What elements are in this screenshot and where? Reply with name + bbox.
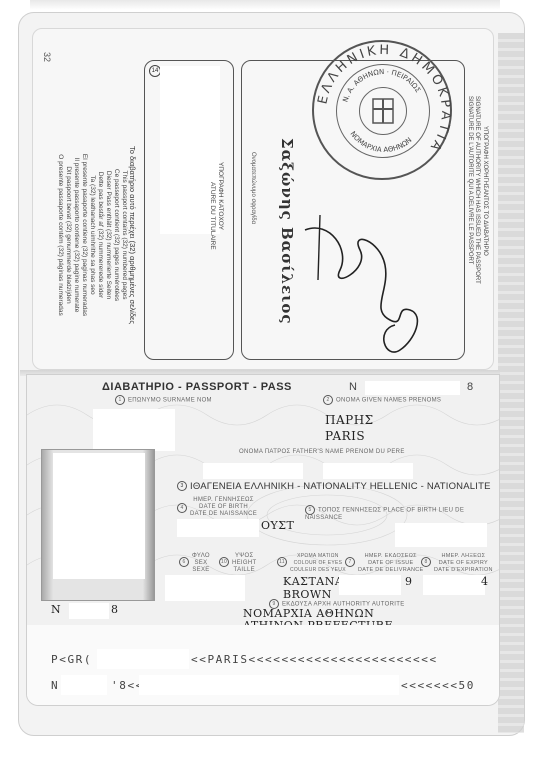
dob-label: 4 ΗΜΕΡ. ΓΕΝΝΗΣΕΩΣ DATE OF BIRTH DATE DE … (177, 497, 257, 518)
label-english: SIGNATURE OF AUTHORITY WHICH HAS ISSUED … (473, 96, 481, 284)
given-names-label: 2ΟΝΟΜΑ GIVEN NAMES PRENOMS (323, 395, 441, 405)
label-greek: ΦΥΛΟ (192, 553, 210, 560)
fathers-name-label: ΟΝΟΜΑ ΠΑΤΡΟΣ FATHER'S NAME PRENOM DU PER… (239, 449, 405, 455)
photo-number-suffix: 8 (111, 603, 119, 616)
dob-month: ΟΥΣΤ (261, 519, 294, 532)
authority-signature-label: ΥΠΟΓΡΑΦΗ ΧΟΡΗΓΗΣΑΝΤΟΣ ΤΟ ΔΙΑΒΑΤΗΡΙΟ SIGN… (466, 96, 489, 284)
given-name-greek: ΠΑΡΗΣ (325, 413, 374, 427)
passport-header: ΔΙΑΒΑΤΗΡΙΟ - PASSPORT - PASS (102, 381, 292, 393)
label-english: HEIGHT (232, 560, 256, 567)
field-number-badge: 8 (421, 557, 431, 567)
svg-text:ΝΟΜΑΡΧΙΑ ΑΘΗΝΩΝ: ΝΟΜΑΡΧΙΑ ΑΘΗΝΩΝ (349, 130, 414, 154)
data-page: ΔΙΑΒΑΤΗΡΙΟ - PASSPORT - PASS N 8 1ΕΠΩΝΥΜ… (26, 374, 500, 706)
eye-colour-label: 11 ΧΡΩΜΑ ΜΑΤΙΩΝCOLOUR OF EYESCOULEUR DES… (277, 553, 346, 574)
scan-edge-shadow (30, 0, 500, 10)
field-number-badge: 10 (219, 557, 229, 567)
svg-text:Ν. Α. ΑΘΗΝΩΝ · ΠΕΙΡΑΙΩΣ: Ν. Α. ΑΘΗΝΩΝ · ΠΕΙΡΑΙΩΣ (341, 68, 422, 103)
official-name: Σαξώνης Βασίλειος (278, 138, 296, 325)
label-greek: ΥΨΟΣ (232, 553, 256, 560)
notice-line: El presente pasaporte contiene (32) pagi… (80, 95, 88, 375)
redacted-surname (93, 409, 175, 451)
label-french: ATURE DU TITULAIRE (208, 162, 216, 250)
field-number-badge: 11 (277, 557, 287, 567)
field-number-badge: 1 (115, 395, 125, 405)
label-greek: ΥΠΟΓΡΑΦΗ ΚΑΤΟΧΟΥ (216, 162, 224, 250)
redacted-photo-number (69, 603, 109, 619)
booklet-binding-stitching (498, 33, 524, 733)
label-greek: ΗΜΕΡ. ΕΚΔΟΣΕΩΣ (358, 553, 424, 560)
passport-number-suffix: 8 (467, 381, 473, 393)
sex-label: 6 ΦΥΛΟSEXSEXE (179, 553, 210, 574)
field-number-badge: 7 (345, 557, 355, 567)
label-greek: ΗΜΕΡ. ΛΗΞΕΩΣ (434, 553, 493, 560)
notice-line: Dit paspoort bevat (32) genummerde bladz… (64, 95, 72, 375)
authority-signature-scribble (300, 210, 440, 360)
label-english: DATE OF BIRTH (190, 504, 257, 511)
nationality: 3ΙΘΑΓΕΝΕΙΑ ΕΛΛΗΝΙΚΗ - NATIONALITY HELLEN… (177, 481, 491, 492)
mrz-line-1-start: P<GR( (51, 653, 92, 666)
label-french: SIGNATURE DE L'AUTORITE QUI A DELIVRE LE… (466, 96, 474, 284)
label-french: COULEUR DES YEUX (290, 567, 346, 574)
redacted-mrz-data (139, 675, 399, 695)
notice-line: O presente passaporte contém (32) página… (56, 95, 64, 375)
redacted-dob (177, 519, 259, 537)
notice-line: Ce passeport contient (32) pages numérot… (112, 95, 120, 375)
machine-readable-zone: P<GR( <<PARIS<<<<<<<<<<<<<<<<<<<<<<< N '… (27, 625, 499, 705)
label-french: SEXE (192, 567, 210, 574)
pob-label: 5ΤΟΠΟΣ ΓΕΝΝΗΣΕΩΣ PLACE OF BIRTH LIEU DE … (305, 505, 499, 521)
field-number-badge: 6 (179, 557, 189, 567)
redacted-mrz-surname (97, 649, 189, 669)
field-number-badge: 4 (177, 503, 187, 513)
redacted-expiry-date (423, 575, 485, 595)
svg-text:ΕΛΛΗΝΙΚΗ ΔΗΜΟΚΡΑΤΙΑ: ΕΛΛΗΝΙΚΗ ΔΗΜΟΚΡΑΤΙΑ (315, 43, 453, 156)
expiry-date-label: 8 ΗΜΕΡ. ΛΗΞΕΩΣDATE OF EXPIRYDATE D'EXPIR… (421, 553, 493, 574)
issue-date-label: 7 ΗΜΕΡ. ΕΚΔΟΣΕΩΣDATE OF ISSUEDATE DE DEL… (345, 553, 424, 574)
mrz-line-1-end: <<PARIS<<<<<<<<<<<<<<<<<<<<<<< (191, 653, 438, 666)
stamp-text-ring: ΕΛΛΗΝΙΚΗ ΔΗΜΟΚΡΑΤΙΑ Ν. Α. ΑΘΗΝΩΝ · ΠΕΙΡΑ… (314, 42, 454, 182)
label-text: ΕΠΩΝΥΜΟ SURNAME NOM (128, 398, 212, 404)
redacted-pob (395, 523, 487, 547)
notice-line: Il presente passaporto contiene (32) pag… (72, 95, 80, 375)
redacted-mrz-number (61, 675, 107, 695)
surname-label: 1ΕΠΩΝΥΜΟ SURNAME NOM (115, 395, 212, 405)
mrz-line-2-end: <<<<<<<50 (401, 679, 475, 692)
label-text: ΟΝΟΜΑ GIVEN NAMES PRENOMS (336, 398, 441, 404)
photo-number-prefix: N (51, 603, 61, 616)
holder-signature-label: ΥΠΟΓΡΑΦΗ ΚΑΤΟΧΟΥ ATURE DU TITULAIRE (208, 162, 224, 250)
eye-colour-greek: ΚΑΣΤΑΝΑ (283, 575, 343, 588)
redacted-fathers-name-2 (323, 463, 413, 479)
redacted-photo (53, 453, 145, 579)
issue-date-suffix: 9 (405, 575, 413, 588)
nationality-text: ΙΘΑΓΕΝΕΙΑ ΕΛΛΗΝΙΚΗ - NATIONALITY HELLENI… (190, 481, 491, 492)
notice-line: Το διαβατήριο αυτό περιέχει (32) αριθμημ… (128, 95, 136, 375)
field-number-badge: 5 (305, 505, 315, 515)
label-greek: ΗΜΕΡ. ΓΕΝΝΗΣΕΩΣ (190, 497, 257, 504)
field-number-badge: 3 (177, 481, 187, 491)
pages-count-notice: Το διαβατήριο αυτό περιέχει (32) αριθμημ… (56, 95, 136, 375)
redacted-fathers-name-1 (203, 463, 303, 479)
label-english: DATE OF EXPIRY (434, 560, 493, 567)
notice-line: Dieser Pass enthält (32) nummerierte Sei… (104, 95, 112, 375)
label-english: COLOUR OF EYES (290, 560, 346, 567)
redacted-issue-date (339, 575, 401, 595)
label-greek: ΧΡΩΜΑ ΜΑΤΙΩΝ (290, 553, 346, 560)
label-french: TAILLE (232, 567, 256, 574)
label-french: DATE DE NAISSANCE (190, 511, 257, 518)
label-english: DATE OF ISSUE (358, 560, 424, 567)
official-title: Ονοματεπώνυμο σφραγίδα (250, 152, 256, 224)
passport-number-prefix: N (349, 381, 357, 393)
expiry-date-suffix: 4 (481, 575, 489, 588)
label-text: ΤΟΠΟΣ ΓΕΝΝΗΣΕΩΣ PLACE OF BIRTH LIEU DE N… (305, 508, 464, 521)
notice-line: This passport contains (32) numbered pag… (120, 95, 128, 375)
label-french: DATE D'EXPIRATION (434, 567, 493, 574)
official-stamp: ΕΛΛΗΝΙΚΗ ΔΗΜΟΚΡΑΤΙΑ Ν. Α. ΑΘΗΝΩΝ · ΠΕΙΡΑ… (312, 40, 452, 180)
page-number: 32 (42, 52, 52, 62)
field-number-badge: 2 (323, 395, 333, 405)
redacted-passport-number (365, 381, 460, 395)
notice-line: Ta (32) leathanach uimhrithe sa phas seo (88, 95, 96, 375)
redacted-sex-height (165, 575, 245, 601)
notice-line: Dette pas består af (32) nummererede sid… (96, 95, 104, 375)
mrz-line-2-start: N (51, 679, 59, 692)
label-english: SEX (192, 560, 210, 567)
height-label: 10 ΥΨΟΣHEIGHTTAILLE (219, 553, 256, 574)
label-greek: ΥΠΟΓΡΑΦΗ ΧΟΡΗΓΗΣΑΝΤΟΣ ΤΟ ΔΙΑΒΑΤΗΡΙΟ (481, 96, 489, 284)
given-name-latin: PARIS (325, 429, 365, 443)
label-french: DATE DE DELIVRANCE (358, 567, 424, 574)
